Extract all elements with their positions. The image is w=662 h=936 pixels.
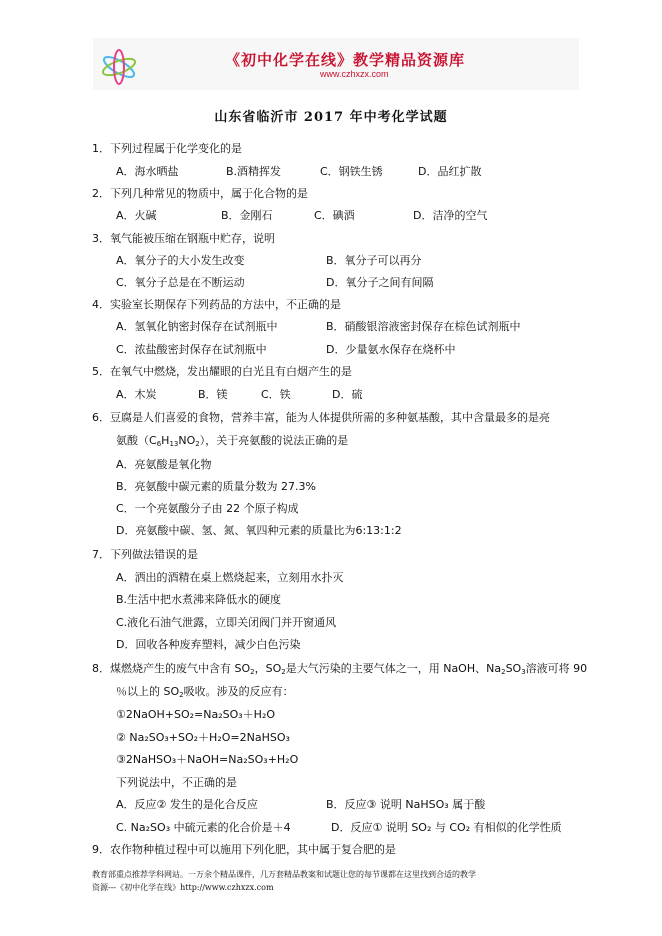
q3-option-b: B．氧分子可以再分 — [326, 254, 422, 268]
footer-line-2[interactable]: 资源---《初中化学在线》http://www.czhxzx.com — [92, 881, 476, 894]
footer: 教育部重点推荐学科网站。一万余个精品课件，几万套精品教案和试题让您的每节课都在这… — [92, 868, 476, 894]
question-8-sub-stem: 下列说法中，不正确的是 — [116, 776, 237, 790]
question-9-stem: 9．农作物种植过程中可以施用下列化肥，其中属于复合肥的是 — [92, 843, 396, 857]
q1-option-c: C．钢铁生锈 — [320, 165, 383, 179]
q6-option-d: D．亮氨酸中碳、氢、氮、氧四种元素的质量比为6:13:1:2 — [116, 524, 402, 538]
q8-option-a: A．反应② 发生的是化合反应 — [116, 798, 258, 812]
reaction-3: ③2NaHSO₃＋NaOH=Na₂SO₃+H₂O — [116, 753, 298, 767]
question-6-stem: 6．豆腐是人们喜爱的食物，营养丰富，能为人体提供所需的多种氨基酸，其中含量最多的… — [92, 411, 550, 425]
page-title: 山东省临沂市 2017 年中考化学试题 — [0, 106, 662, 125]
q1-option-a: A．海水晒盐 — [116, 165, 179, 179]
q3-option-d: D．氧分子之间有间隔 — [326, 276, 433, 290]
q6-option-a: A．亮氨酸是氧化物 — [116, 458, 212, 472]
question-5-stem: 5．在氧气中燃烧，发出耀眼的白光且有白烟产生的是 — [92, 365, 352, 379]
question-4-stem: 4．实验室长期保存下列药品的方法中，不正确的是 — [92, 298, 341, 312]
q3-option-c: C．氧分子总是在不断运动 — [116, 276, 245, 290]
q2-option-c: C．碘酒 — [314, 209, 355, 223]
q5-option-b: B．镁 — [198, 388, 228, 402]
q4-option-c: C．浓盐酸密封保存在试剂瓶中 — [116, 343, 267, 357]
q8-option-b: B．反应③ 说明 NaHSO₃ 属于酸 — [326, 798, 485, 812]
banner-url: www.czhxzx.com — [320, 69, 389, 79]
q8-option-c: C. Na₂SO₃ 中硫元素的化合价是＋4 — [116, 821, 291, 835]
reaction-1: ①2NaOH+SO₂=Na₂SO₃＋H₂O — [116, 708, 275, 722]
question-1-stem: 1．下列过程属于化学变化的是 — [92, 142, 242, 156]
header-banner: 《初中化学在线》教学精品资源库 www.czhxzx.com — [93, 38, 579, 90]
question-8-stem-cont: ％以上的 SO2吸收。涉及的反应有： — [116, 685, 294, 702]
question-7-stem: 7．下列做法错误的是 — [92, 548, 198, 562]
footer-line-1: 教育部重点推荐学科网站。一万余个精品课件，几万套精品教案和试题让您的每节课都在这… — [92, 868, 476, 881]
q8-option-d: D．反应① 说明 SO₂ 与 CO₂ 有相似的化学性质 — [331, 821, 562, 835]
reaction-2: ② Na₂SO₃+SO₂＋H₂O=2NaHSO₃ — [116, 731, 290, 745]
q2-option-d: D．洁净的空气 — [413, 209, 487, 223]
q5-option-c: C．铁 — [261, 388, 291, 402]
q4-option-b: B．硝酸银溶液密封保存在棕色试剂瓶中 — [326, 320, 521, 334]
q5-option-a: A．木炭 — [116, 388, 157, 402]
q5-option-d: D．硫 — [332, 388, 362, 402]
q4-option-d: D．少量氨水保存在烧杯中 — [326, 343, 455, 357]
q7-option-c: C.液化石油气泄露，立即关闭阀门并开窗通风 — [116, 616, 336, 630]
q2-option-b: B．金刚石 — [221, 209, 273, 223]
atom-logo-icon — [99, 48, 139, 86]
q1-option-b: B.酒精挥发 — [226, 165, 281, 179]
q1-option-d: D．品红扩散 — [418, 165, 481, 179]
q6-option-b: B．亮氨酸中碳元素的质量分数为 27.3% — [116, 480, 316, 494]
q3-option-a: A．氧分子的大小发生改变 — [116, 254, 245, 268]
q4-option-a: A．氢氧化钠密封保存在试剂瓶中 — [116, 320, 278, 334]
banner-title: 《初中化学在线》教学精品资源库 — [225, 49, 465, 70]
q7-option-d: D．回收各种废弃塑料，减少白色污染 — [116, 638, 300, 652]
q6-option-c: C．一个亮氨酸分子由 22 个原子构成 — [116, 502, 299, 516]
q2-option-a: A．火碱 — [116, 209, 157, 223]
question-8-stem: 8．煤燃烧产生的废气中含有 SO2，SO2是大气污染的主要气体之一，用 NaOH… — [92, 662, 587, 679]
q7-option-a: A．洒出的酒精在桌上燃烧起来，立刻用水扑灭 — [116, 571, 344, 585]
q7-option-b: B.生活中把水煮沸来降低水的硬度 — [116, 593, 281, 607]
question-6-stem-cont: 氨酸（C6H13NO2），关于亮氨酸的说法正确的是 — [116, 434, 348, 451]
question-2-stem: 2．下列几种常见的物质中，属于化合物的是 — [92, 187, 308, 201]
question-3-stem: 3．氧气能被压缩在钢瓶中贮存，说明 — [92, 232, 275, 246]
